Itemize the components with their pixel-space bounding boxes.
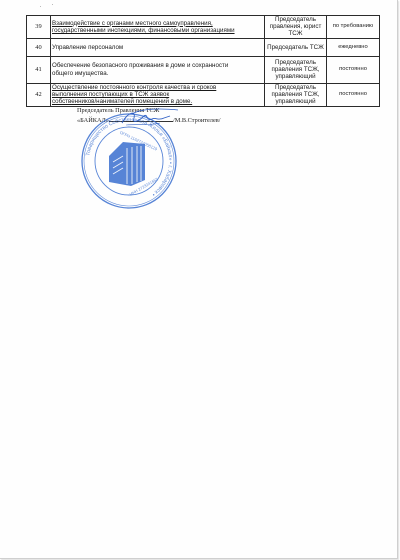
responsible-cell: Председатель правления ТСЖ, управляющий (265, 83, 327, 106)
table-row: 41 Обеспечение безопасного проживания в … (27, 56, 380, 83)
row-number: 40 (27, 38, 51, 56)
table-row: 39 Взаимодействие с органами местного са… (27, 16, 380, 39)
task-cell: Взаимодействие с органами местного самоу… (51, 16, 265, 39)
frequency-cell: постоянно (327, 83, 380, 106)
responsible-cell: Председатель правления ТСЖ, управляющий (265, 56, 327, 83)
scan-speck (52, 4, 53, 5)
task-cell: Осуществление постоянного контроля качес… (51, 83, 265, 106)
table-row: 42 Осуществление постоянного контроля ка… (27, 83, 380, 106)
row-number: 41 (27, 56, 51, 83)
document-page: 39 Взаимодействие с органами местного са… (0, 0, 398, 559)
scan-speck (40, 6, 41, 7)
frequency-cell: постоянно (327, 56, 380, 83)
frequency-cell: ежедневно (327, 38, 380, 56)
duties-table: 39 Взаимодействие с органами местного са… (26, 15, 380, 107)
responsible-cell: Председатель ТСЖ (265, 38, 327, 56)
row-number: 39 (27, 16, 51, 39)
responsible-cell: Председатель правления, юрист ТСЖ (265, 16, 327, 39)
task-cell: Обеспечение безопасного проживания в дом… (51, 56, 265, 83)
table-row: 40 Управление персоналом Председатель ТС… (27, 38, 380, 56)
row-number: 42 (27, 83, 51, 106)
handwritten-signature (118, 108, 190, 128)
frequency-cell: по требованию (327, 16, 380, 39)
task-cell: Управление персоналом (51, 38, 265, 56)
